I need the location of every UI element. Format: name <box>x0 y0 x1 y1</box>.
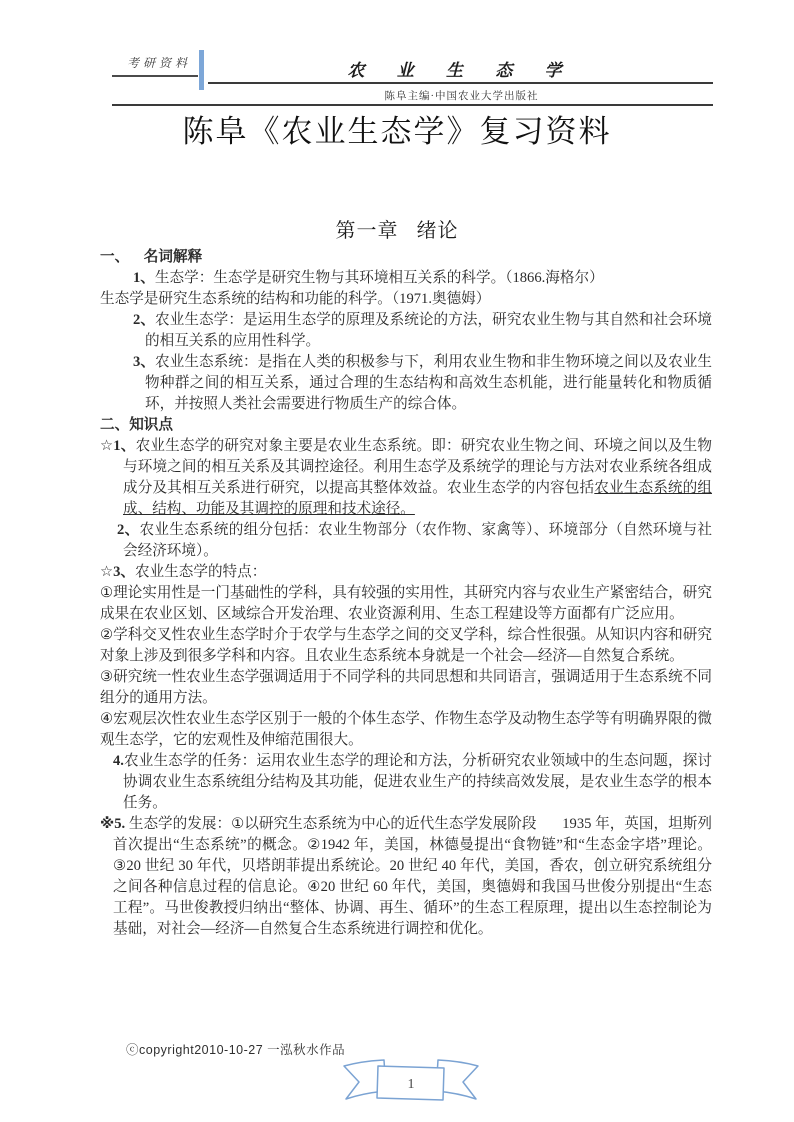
paragraph: 1、生态学：生态学是研究生物与其环境相互关系的科学。（1866.海格尔） <box>100 268 712 289</box>
page-number: 1 <box>408 1077 415 1092</box>
paragraph: 二、知识点 <box>100 415 712 436</box>
exam-material-logo: 考研资料 <box>127 54 191 71</box>
paragraph: 4.农业生态学的任务：运用农业生态学的理论和方法，分析研究农业领域中的生态问题，… <box>100 751 712 814</box>
header-rule <box>208 82 713 84</box>
chapter-heading: 第一章 绪论 <box>0 214 794 243</box>
paragraph: ※5. 生态学的发展：①以研究生态系统为中心的近代生态学发展阶段 1935 年，… <box>100 814 712 940</box>
paragraph: 一、 名词解释 <box>100 247 712 268</box>
page-number-ribbon: 1 <box>340 1056 482 1102</box>
paragraph: 3、农业生态系统：是指在人类的积极参与下，利用农业生物和非生物环境之间以及农业生… <box>100 352 712 415</box>
paragraph: ④宏观层次性农业生态学区别于一般的个体生态学、作物生态学及动物生态学等有明确界限… <box>100 709 712 751</box>
doc-title: 陈阜《农业生态学》复习资料 <box>0 106 794 151</box>
paragraph: ③研究统一性农业生态学强调适用于不同学科的共同思想和共同语言，强调适用于生态系统… <box>100 667 712 709</box>
paragraph: 2、农业生态系统的组分包括：农业生物部分（农作物、家禽等）、环境部分（自然环境与… <box>100 520 712 562</box>
paragraph: ②学科交叉性农业生态学时介于农学与生态学之间的交叉学科，综合性很强。从知识内容和… <box>100 625 712 667</box>
header-accent-bar <box>199 50 204 90</box>
ribbon-banner-icon: 1 <box>340 1056 482 1102</box>
logo-underline <box>112 75 198 77</box>
body-paragraphs: 一、 名词解释1、生态学：生态学是研究生物与其环境相互关系的科学。（1866.海… <box>100 247 712 940</box>
paragraph: ☆1、农业生态学的研究对象主要是农业生态系统。即：研究农业生物之间、环境之间以及… <box>100 436 712 520</box>
paragraph: ①理论实用性是一门基础性的学科，具有较强的实用性，其研究内容与农业生产紧密结合，… <box>100 583 712 625</box>
paragraph: ☆3、农业生态学的特点： <box>100 562 712 583</box>
paragraph: 生态学是研究生态系统的结构和功能的科学。（1971.奥德姆） <box>100 289 712 310</box>
paragraph: 2、农业生态学：是运用生态学的原理及系统论的方法，研究农业生物与其自然和社会环境… <box>100 310 712 352</box>
book-title: 农 业 生 态 学 <box>210 56 713 81</box>
document-page: 考研资料 农 业 生 态 学 陈阜主编·中国农业大学出版社 陈阜《农业生态学》复… <box>0 0 794 1122</box>
copyright-line: ⓒcopyright2010-10-27 一泓秋水作品 <box>126 1040 345 1058</box>
publisher-line: 陈阜主编·中国农业大学出版社 <box>210 88 713 103</box>
